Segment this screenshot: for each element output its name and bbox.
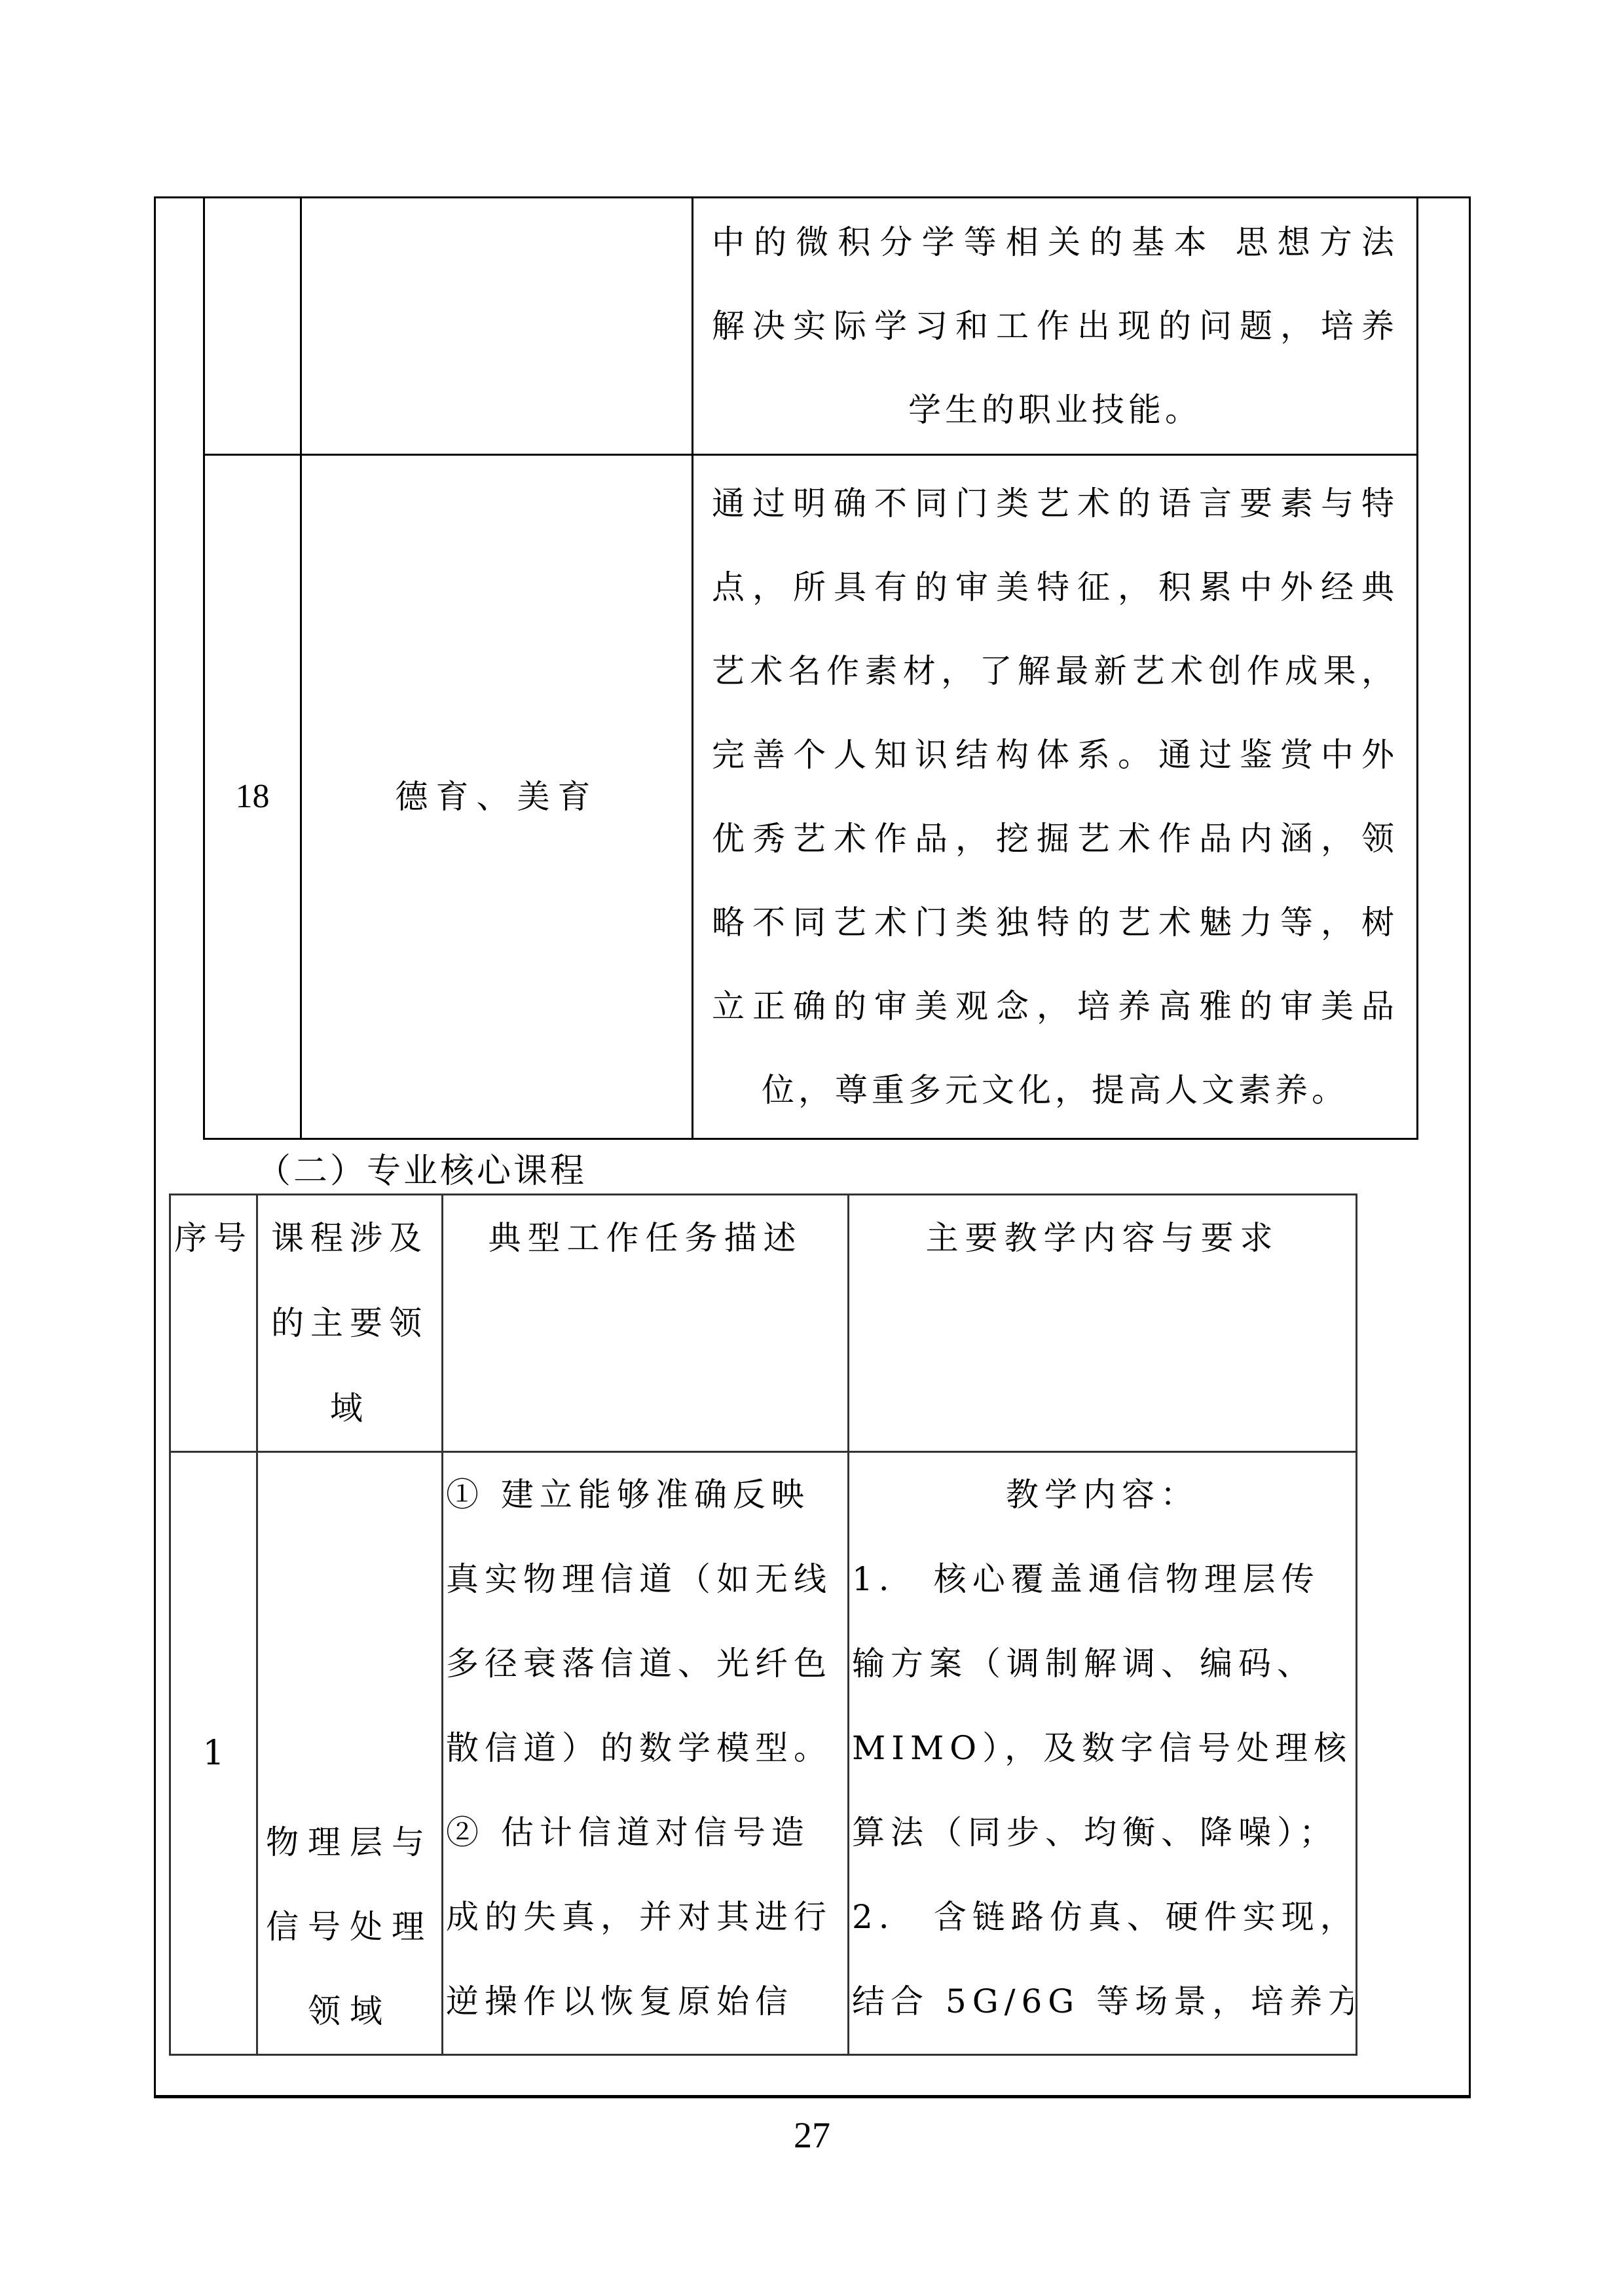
course-description: 中的微积分学等相关的基本 思想方法 解决实际学习和工作出现的问题，培养 学生的职… (693, 198, 1418, 455)
description-line: 点，所具有的审美特征，积累中外经典 (712, 545, 1398, 629)
description-line: 通过明确不同门类艺术的语言要素与特 (712, 462, 1398, 545)
description-line: 中的微积分学等相关的基本 思想方法 (712, 200, 1398, 284)
description-line: 解决实际学习和工作出现的问题，培养 (712, 284, 1398, 368)
description-line: 略不同艺术门类独特的艺术魅力等，树 (712, 881, 1398, 964)
description-line: 艺术名作素材，了解最新艺术创作成果， (712, 629, 1398, 713)
teaching-content: 教学内容： 1. 核心覆盖通信物理层传 输方案（调制解调、编码、 MIMO），及… (849, 1452, 1357, 2055)
core-courses-table: 序号 课程涉及 的主要领 域 典型工作任务描述 主要教学内容与要求 1 物理层与… (169, 1194, 1357, 2056)
table-row: 中的微积分学等相关的基本 思想方法 解决实际学习和工作出现的问题，培养 学生的职… (204, 198, 1418, 455)
description-line: 优秀艺术作品，挖掘艺术作品内涵，领 (712, 797, 1398, 881)
general-courses-table: 中的微积分学等相关的基本 思想方法 解决实际学习和工作出现的问题，培养 学生的职… (203, 196, 1418, 1140)
description-line: 位，尊重多元文化，提高人文素养。 (712, 1048, 1398, 1132)
header-area: 课程涉及 的主要领 域 (257, 1195, 443, 1452)
course-area: 物理层与 信号处理 领域 (257, 1452, 443, 2055)
description-line: 学生的职业技能。 (712, 368, 1398, 452)
row-number (204, 198, 301, 455)
task-description: ① 建立能够准确反映 真实物理信道（如无线 多径衰落信道、光纤色 散信道）的数学… (443, 1452, 849, 2055)
header-task: 典型工作任务描述 (443, 1195, 849, 1452)
section-heading: （二）专业核心课程 (257, 1143, 587, 1192)
table-header-row: 序号 课程涉及 的主要领 域 典型工作任务描述 主要教学内容与要求 (170, 1195, 1357, 1452)
description-line: 完善个人知识结构体系。通过鉴赏中外 (712, 713, 1398, 797)
row-number: 1 (170, 1452, 257, 2055)
row-number: 18 (204, 455, 301, 1139)
description-line: 立正确的审美观念，培养高雅的审美品 (712, 964, 1398, 1048)
header-content: 主要教学内容与要求 (849, 1195, 1357, 1452)
table-row: 1 物理层与 信号处理 领域 ① 建立能够准确反映 真实物理信道（如无线 多径衰… (170, 1452, 1357, 2055)
course-name (301, 198, 693, 455)
course-name: 德育、美育 (301, 455, 693, 1139)
course-description: 通过明确不同门类艺术的语言要素与特 点，所具有的审美特征，积累中外经典 艺术名作… (693, 455, 1418, 1139)
page-number: 27 (0, 2115, 1624, 2157)
table-row: 18 德育、美育 通过明确不同门类艺术的语言要素与特 点，所具有的审美特征，积累… (204, 455, 1418, 1139)
header-number: 序号 (170, 1195, 257, 1452)
